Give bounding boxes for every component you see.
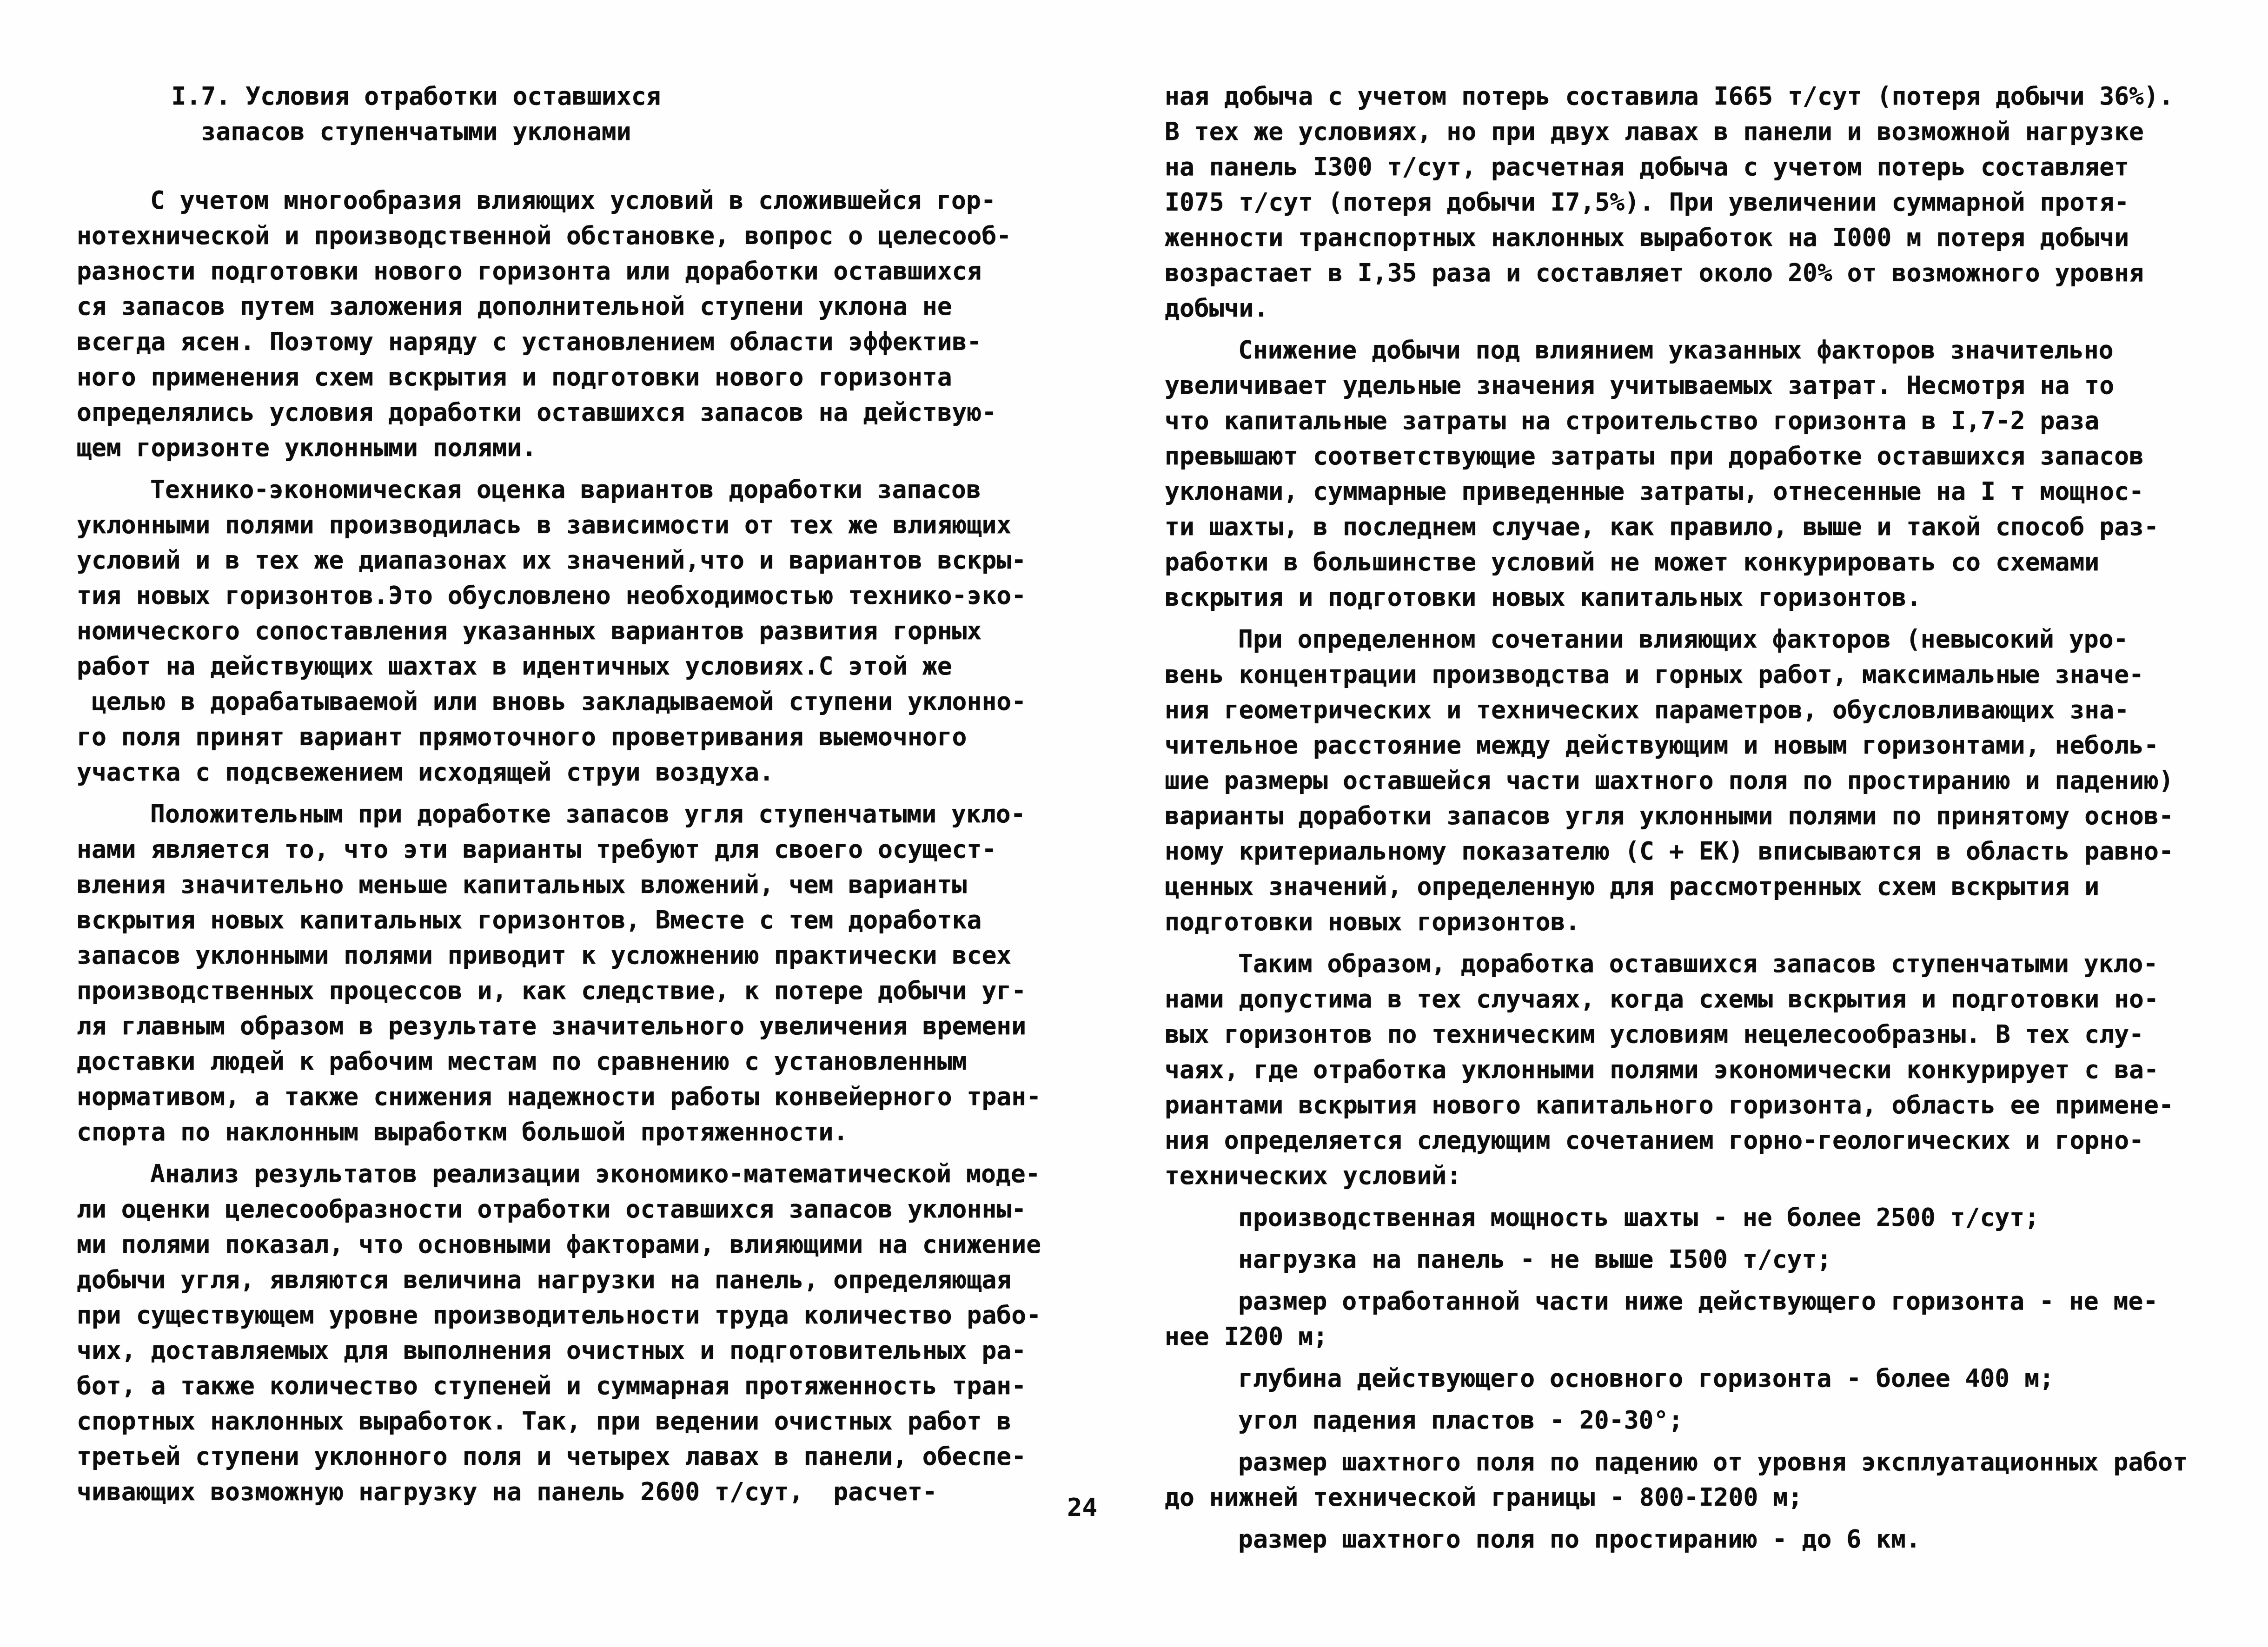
text-line: При определенном сочетании влияющих факт… (1165, 622, 2195, 657)
left-page-column: I.7. Условия отработки оставшихся запасо… (77, 79, 1062, 1510)
text-line: Технико-экономическая оценка вариантов д… (77, 472, 1062, 508)
text-line: шие размеры оставшейся части шахтного по… (1165, 763, 2195, 799)
paragraph: размер шахтного поля по простиранию - до… (1165, 1522, 2195, 1557)
scanned-page-spread: I.7. Условия отработки оставшихся запасо… (0, 0, 2268, 1647)
text-line: целью в дорабатываемой или вновь заклады… (77, 684, 1062, 720)
text-line: производственных процессов и, как следст… (77, 973, 1062, 1009)
text-line: Положительным при доработке запасов угля… (77, 797, 1062, 832)
paragraph: угол падения пластов - 20-30°; (1165, 1403, 2195, 1438)
text-line: спортных наклонных выработок. Так, при в… (77, 1404, 1062, 1439)
text-line: варианты доработки запасов угля уклонным… (1165, 799, 2195, 834)
text-line: возрастает в I,35 раза и составляет окол… (1165, 256, 2195, 291)
text-line: условий и в тех же диапазонах их значени… (77, 543, 1062, 578)
text-line: спорта по наклонным выработкм большой пр… (77, 1115, 1062, 1150)
text-line: Снижение добычи под влиянием указанных ф… (1165, 333, 2195, 368)
text-line: ного применения схем вскрытия и подготов… (77, 360, 1062, 395)
text-line: доставки людей к рабочим местам по сравн… (77, 1044, 1062, 1079)
text-line: женности транспортных наклонных выработо… (1165, 220, 2195, 256)
text-line: ния определяется следующим сочетанием го… (1165, 1123, 2195, 1158)
section-heading-line-1: I.7. Условия отработки оставшихся (0, 79, 909, 114)
text-line: на панель I300 т/сут, расчетная добыча с… (1165, 150, 2195, 185)
paragraph: Технико-экономическая оценка вариантов д… (77, 472, 1062, 790)
text-line: вых горизонтов по техническим условиям н… (1165, 1017, 2195, 1052)
paragraph: Анализ результатов реализации экономико-… (77, 1157, 1062, 1510)
text-line: щем горизонте уклонными полями. (77, 430, 1062, 466)
text-line: уклонами, суммарные приведенные затраты,… (1165, 474, 2195, 509)
text-line: ти шахты, в последнем случае, как правил… (1165, 509, 2195, 545)
text-line: запасов уклонными полями приводит к усло… (77, 938, 1062, 973)
text-line: подготовки новых горизонтов. (1165, 905, 2195, 940)
text-line: уклонными полями производилась в зависим… (77, 508, 1062, 543)
paragraph: нагрузка на панель - не выше I500 т/сут; (1165, 1242, 2195, 1277)
text-line: нее I200 м; (1165, 1319, 2195, 1355)
page-number: 24 (1067, 1490, 1097, 1525)
paragraph: размер отработанной части ниже действующ… (1165, 1284, 2195, 1355)
text-line: вень концентрации производства и горных … (1165, 657, 2195, 693)
text-line: превышают соответствующие затраты при до… (1165, 439, 2195, 474)
text-line: бот, а также количество ступеней и сумма… (77, 1369, 1062, 1404)
text-line: ценных значений, определенную для рассмо… (1165, 869, 2195, 905)
text-line: Таким образом, доработка оставшихся запа… (1165, 946, 2195, 982)
paragraph: глубина действующего основного горизонта… (1165, 1361, 2195, 1396)
text-line: до нижней технической границы - 800-I200… (1165, 1480, 2195, 1515)
text-line: номического сопоставления указанных вари… (77, 614, 1062, 649)
paragraph: При определенном сочетании влияющих факт… (1165, 622, 2195, 940)
text-line: ся запасов путем заложения дополнительно… (77, 289, 1062, 324)
text-line: ния геометрических и технических парамет… (1165, 693, 2195, 728)
text-line: ми полями показал, что основными фактора… (77, 1227, 1062, 1263)
text-line: ли оценки целесообразности отработки ост… (77, 1192, 1062, 1227)
paragraph: Положительным при доработке запасов угля… (77, 797, 1062, 1150)
text-line: риантами вскрытия нового капитального го… (1165, 1088, 2195, 1123)
text-line: размер отработанной части ниже действующ… (1165, 1284, 2195, 1319)
text-line: работ на действующих шахтах в идентичных… (77, 649, 1062, 684)
paragraph: Таким образом, доработка оставшихся запа… (1165, 946, 2195, 1194)
text-line: увеличивает удельные значения учитываемы… (1165, 368, 2195, 403)
text-line: нагрузка на панель - не выше I500 т/сут; (1165, 1242, 2195, 1277)
text-line: нотехнической и производственной обстано… (77, 218, 1062, 254)
text-line: определялись условия доработки оставшихс… (77, 395, 1062, 430)
text-line: нами допустима в тех случаях, когда схем… (1165, 982, 2195, 1017)
text-line: С учетом многообразия влияющих условий в… (77, 183, 1062, 218)
text-line: размер шахтного поля по падению от уровн… (1165, 1445, 2195, 1480)
text-line: го поля принят вариант прямоточного пров… (77, 720, 1062, 755)
paragraph: ная добыча с учетом потерь составила I66… (1165, 79, 2195, 326)
text-line: ля главным образом в результате значител… (77, 1009, 1062, 1044)
text-line: тия новых горизонтов.Это обусловлено нео… (77, 578, 1062, 614)
text-line: вскрытия новых капитальных горизонтов, В… (77, 903, 1062, 938)
left-page-text: С учетом многообразия влияющих условий в… (77, 183, 1062, 1510)
text-line: при существующем уровне производительнос… (77, 1298, 1062, 1333)
paragraph: производственная мощность шахты - не бол… (1165, 1200, 2195, 1236)
text-line: вскрытия и подготовки новых капитальных … (1165, 580, 2195, 615)
text-line: работки в большинстве условий не может к… (1165, 545, 2195, 580)
paragraph: Снижение добычи под влиянием указанных ф… (1165, 333, 2195, 615)
text-line: добычи. (1165, 291, 2195, 326)
text-line: чаях, где отработка уклонными полями эко… (1165, 1052, 2195, 1088)
text-line: разности подготовки нового горизонта или… (77, 254, 1062, 289)
section-heading-line-2: запасов ступенчатыми уклонами (0, 114, 909, 150)
text-line: нами является то, что эти варианты требу… (77, 832, 1062, 867)
text-line: чих, доставляемых для выполнения очистны… (77, 1333, 1062, 1369)
text-line: добычи угля, являются величина нагрузки … (77, 1263, 1062, 1298)
text-line: третьей ступени уклонного поля и четырех… (77, 1439, 1062, 1475)
section-heading: I.7. Условия отработки оставшихся запасо… (0, 79, 909, 150)
text-line: чивающих возможную нагрузку на панель 26… (77, 1475, 1062, 1510)
text-line: чительное расстояние между действующим и… (1165, 728, 2195, 763)
text-line: что капитальные затраты на строительство… (1165, 403, 2195, 439)
text-line: технических условий: (1165, 1158, 2195, 1194)
paragraph: размер шахтного поля по падению от уровн… (1165, 1445, 2195, 1515)
right-page-text: ная добыча с учетом потерь составила I66… (1165, 79, 2195, 1557)
text-line: всегда ясен. Поэтому наряду с установлен… (77, 324, 1062, 360)
text-line: вления значительно меньше капитальных вл… (77, 867, 1062, 903)
text-line: производственная мощность шахты - не бол… (1165, 1200, 2195, 1236)
text-line: Анализ результатов реализации экономико-… (77, 1157, 1062, 1192)
paragraph: С учетом многообразия влияющих условий в… (77, 183, 1062, 466)
text-line: угол падения пластов - 20-30°; (1165, 1403, 2195, 1438)
text-line: I075 т/сут (потеря добычи I7,5%). При ув… (1165, 185, 2195, 220)
text-line: глубина действующего основного горизонта… (1165, 1361, 2195, 1396)
text-line: размер шахтного поля по простиранию - до… (1165, 1522, 2195, 1557)
text-line: участка с подсвежением исходящей струи в… (77, 755, 1062, 790)
text-line: нормативом, а также снижения надежности … (77, 1079, 1062, 1115)
text-line: В тех же условиях, но при двух лавах в п… (1165, 114, 2195, 150)
text-line: ному критериальному показателю (С + ЕК) … (1165, 834, 2195, 869)
text-line: ная добыча с учетом потерь составила I66… (1165, 79, 2195, 114)
right-page-column: ная добыча с учетом потерь составила I66… (1165, 79, 2195, 1557)
